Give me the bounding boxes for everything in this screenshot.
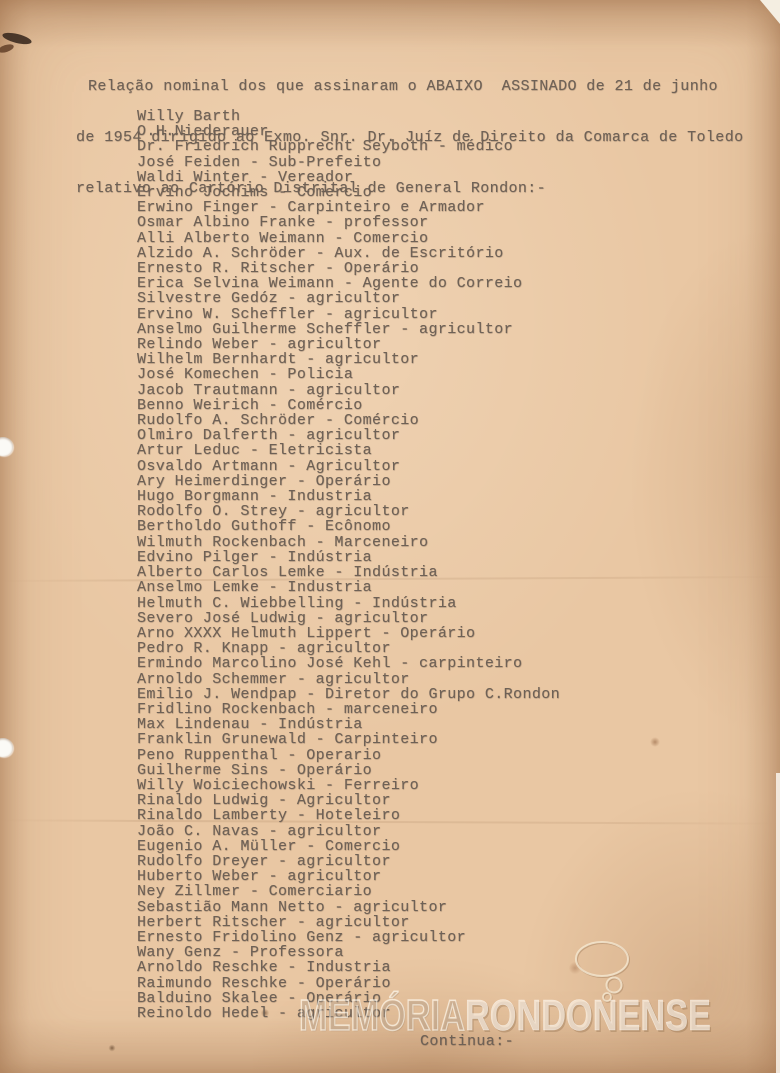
list-entry: Arno XXXX Helmuth Lippert - Operário [137,626,560,641]
list-entry: José Feiden - Sub-Prefeito [137,155,560,170]
list-entry: Fridlino Rockenbach - marceneiro [137,702,560,717]
list-entry: Ney Zillmer - Comerciario [137,884,560,899]
list-entry: Jacob Trautmann - agricultor [137,383,560,398]
list-entry: Wilmuth Rockenbach - Marceneiro [137,535,560,550]
list-entry: Artur Leduc - Eletricista [137,443,560,458]
list-entry: Sebastião Mann Netto - agricultor [137,900,560,915]
list-entry: Arnoldo Schemmer - agricultor [137,672,560,687]
list-entry: Dr. Friedrich Rupprecht Seyboth - médico [137,139,560,154]
list-entry: Ary Heimerdinger - Operário [137,474,560,489]
list-entry: Bertholdo Guthoff - Ecônomo [137,519,560,534]
list-entry: Anselmo Guilherme Scheffler - agricultor [137,322,560,337]
list-entry: Severo José Ludwig - agricultor [137,611,560,626]
list-entry: Alzido A. Schröder - Aux. de Escritório [137,246,560,261]
list-entry: Rudolfo Dreyer - agricultor [137,854,560,869]
list-entry: Edvino Pilger - Indústria [137,550,560,565]
list-entry: João C. Navas - agricultor [137,824,560,839]
list-entry: Helmuth C. Wiebbelling - Indústria [137,596,560,611]
list-entry: Willy Barth [137,109,560,124]
list-entry: Relindo Weber - agricultor [137,337,560,352]
list-entry: Hugo Borgmann - Industria [137,489,560,504]
torn-corner [760,0,780,24]
list-entry: Rudolfo A. Schröder - Comércio [137,413,560,428]
list-entry: Benno Weirich - Comércio [137,398,560,413]
continuation-note: Continua:- [420,1033,514,1050]
list-entry: José Komechen - Policia [137,367,560,382]
list-entry: Herbert Ritscher - agricultor [137,915,560,930]
scan-edge [776,773,780,1073]
list-entry: Ernesto R. Ritscher - Operário [137,261,560,276]
list-entry: Peno Ruppenthal - Operario [137,748,560,763]
header-line: Relação nominal dos que assinaram o ABAI… [76,78,744,95]
signatory-list: Willy BarthO.H.NiederauerDr. Friedrich R… [137,109,560,1021]
list-entry: Reinoldo Hedel - agricultor [137,1006,560,1021]
list-entry: Osvaldo Artmann - Agricultor [137,459,560,474]
list-entry: Eugenio A. Müller - Comercio [137,839,560,854]
hole-punch [0,738,13,757]
list-entry: Emilio J. Wendpap - Diretor do Grupo C.R… [137,687,560,702]
list-entry: Guilherme Sins - Operário [137,763,560,778]
list-entry: Ervino Jochims - Comercio [137,185,560,200]
list-entry: Willy Woiciechowski - Ferreiro [137,778,560,793]
list-entry: Osmar Albino Franke - professor [137,215,560,230]
thought-bubble-icon [568,933,648,1005]
document-page: Relação nominal dos que assinaram o ABAI… [0,0,780,1073]
list-entry: Balduino Skalee - Operário [137,991,560,1006]
list-entry: Silvestre Gedóz - agricultor [137,291,560,306]
list-entry: Raimundo Reschke - Operário [137,976,560,991]
list-entry: Ernesto Fridolino Genz - agricultor [137,930,560,945]
list-entry: Rinaldo Lamberty - Hoteleiro [137,808,560,823]
list-entry: Ervino W. Scheffler - agricultor [137,307,560,322]
list-entry: Franklin Grunewald - Carpinteiro [137,732,560,747]
hole-punch [0,437,13,456]
ink-smudge [0,43,15,55]
list-entry: Ermindo Marcolino José Kehl - carpinteir… [137,656,560,671]
list-entry: Anselmo Lemke - Industria [137,580,560,595]
list-entry: Arnoldo Reschke - Industria [137,960,560,975]
list-entry: Alli Alberto Weimann - Comercio [137,231,560,246]
list-entry: Waldi Winter - Vereador [137,170,560,185]
